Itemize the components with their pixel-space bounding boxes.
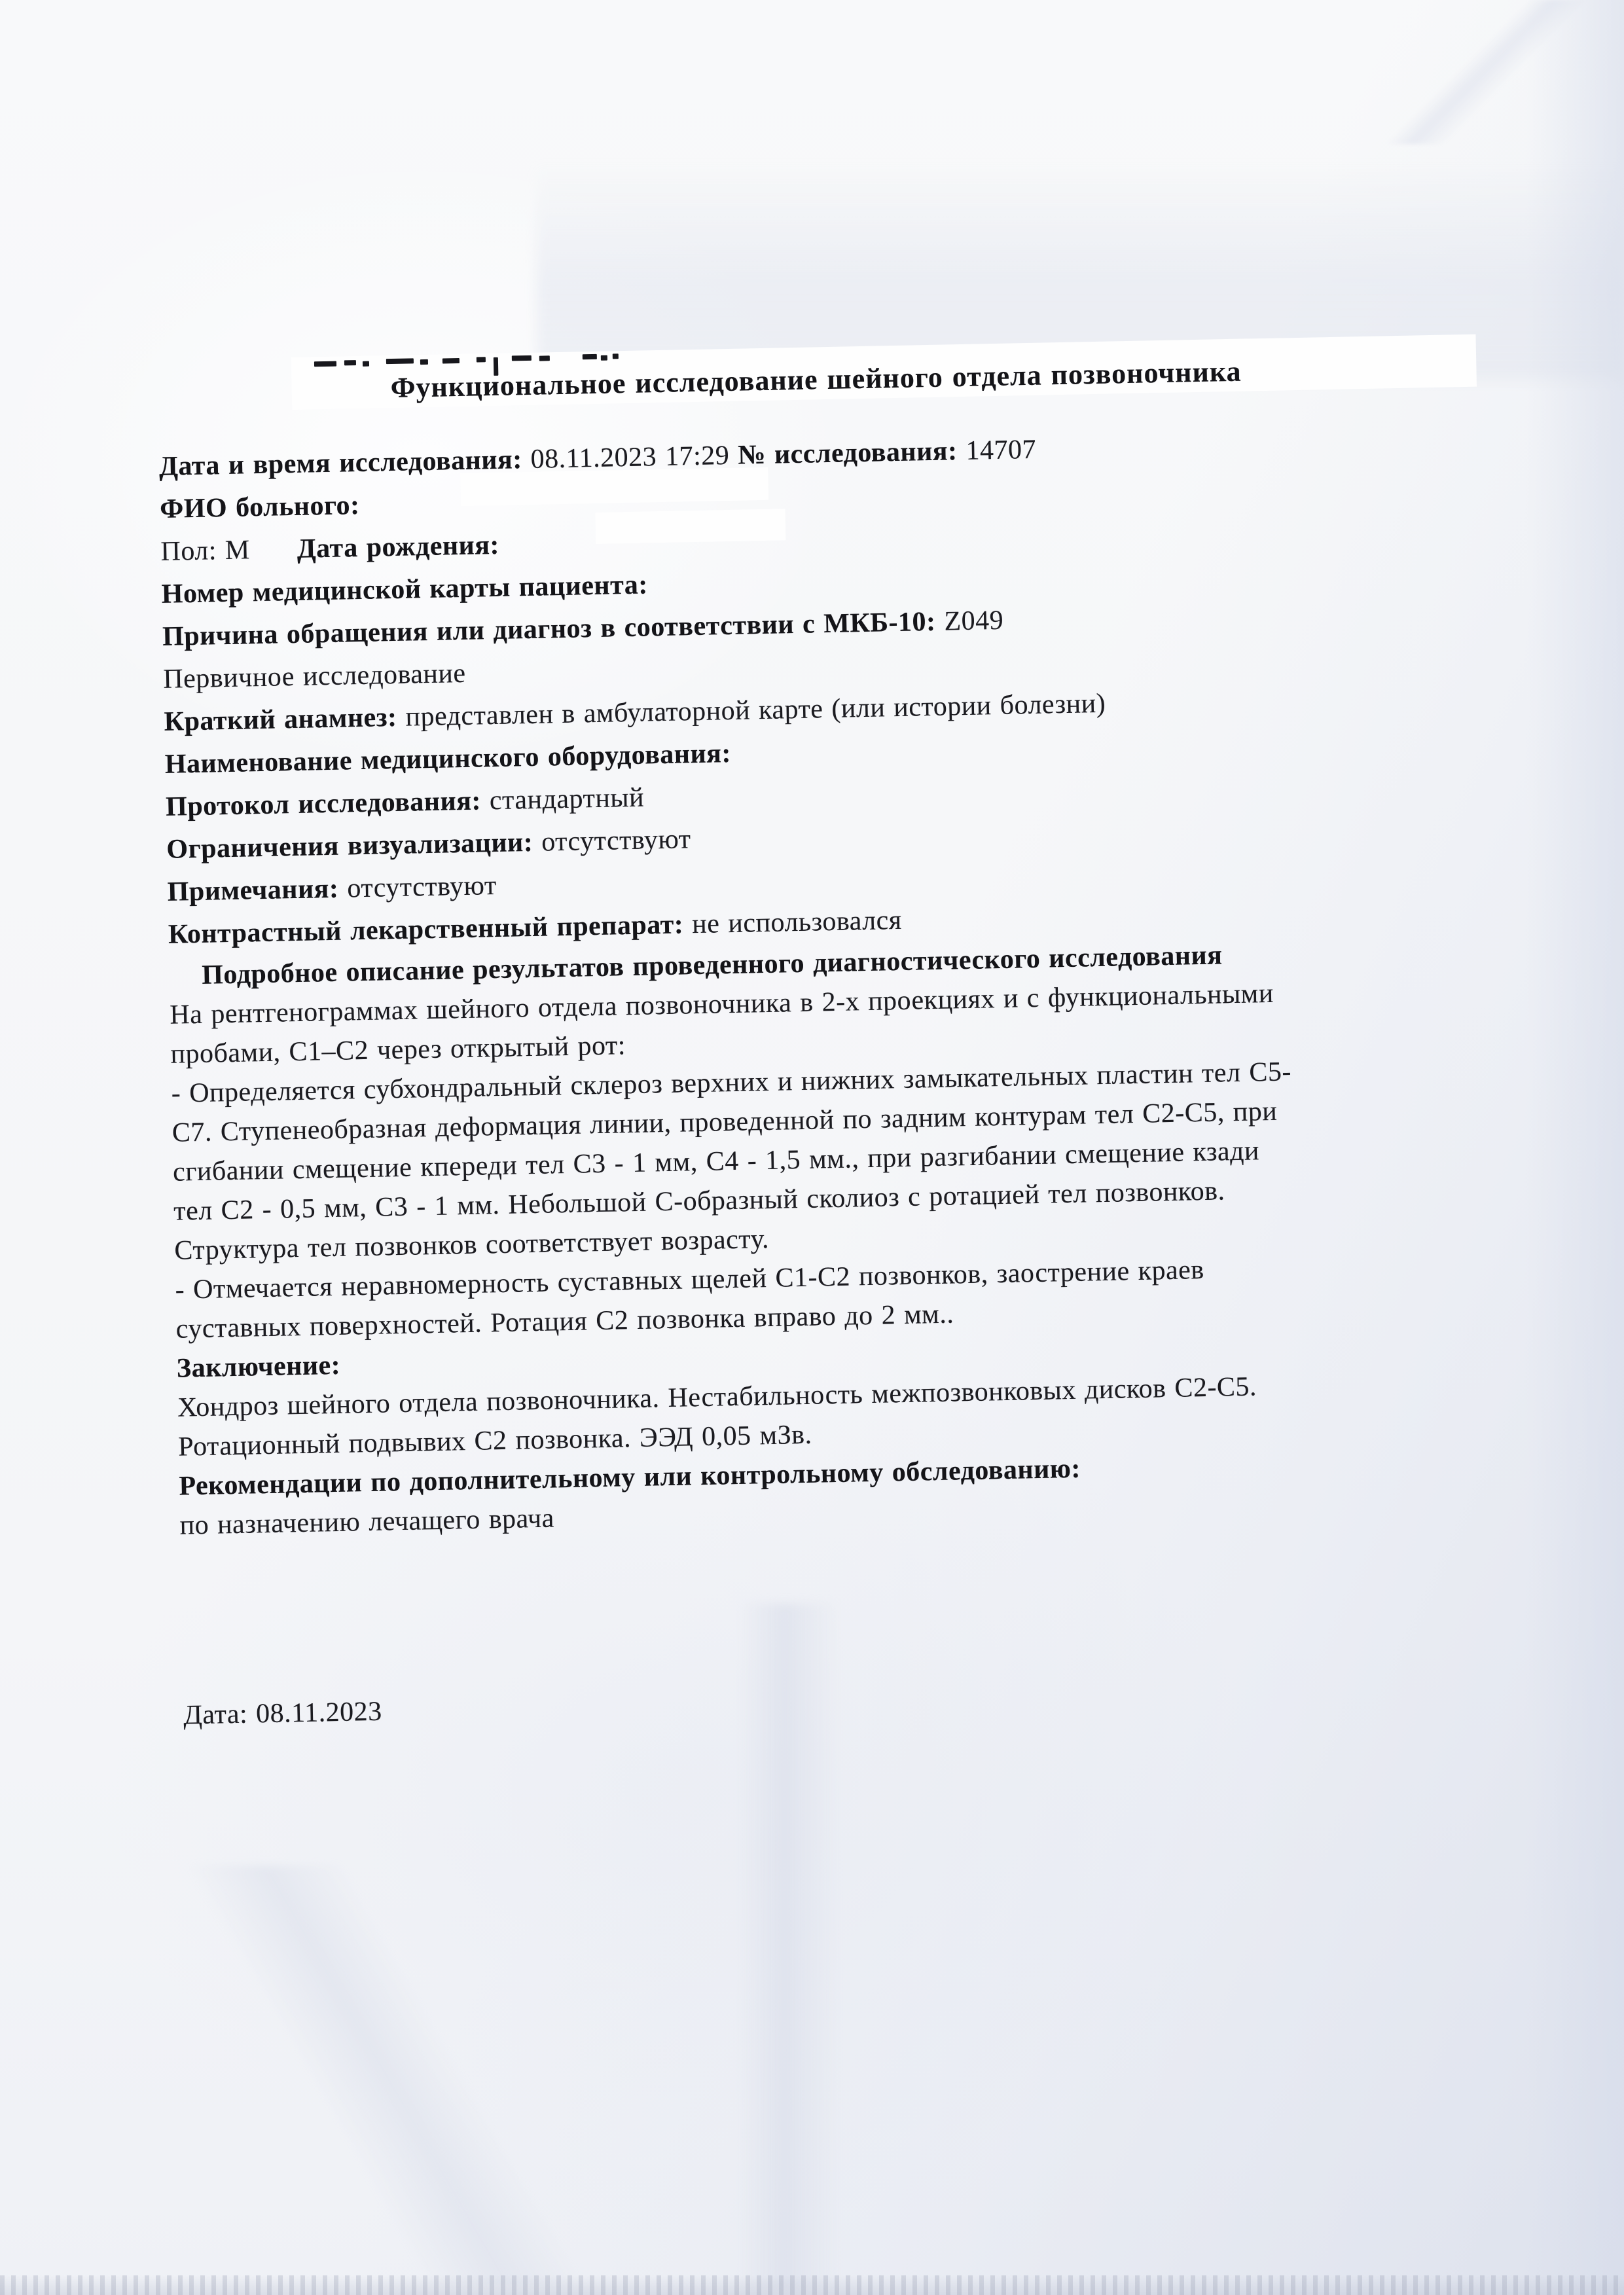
report-findings: Подробное описание результатов проведенн…: [169, 931, 1497, 1545]
report-fields: Дата и время исследования: 08.11.2023 17…: [158, 420, 1485, 956]
report-body: Функциональное исследование шейного отде…: [157, 341, 1500, 1731]
paper-crease: [170, 1866, 576, 2285]
date-value: 08.11.2023: [256, 1697, 382, 1729]
scan-edge-shading: [1526, 0, 1624, 2295]
scanned-medical-report: { "colors": { "paper": "#f6f7f9", "ink":…: [0, 0, 1624, 2295]
date-label: Дата:: [183, 1699, 248, 1731]
scan-bottom-edge-artifact: [0, 2275, 1624, 2295]
